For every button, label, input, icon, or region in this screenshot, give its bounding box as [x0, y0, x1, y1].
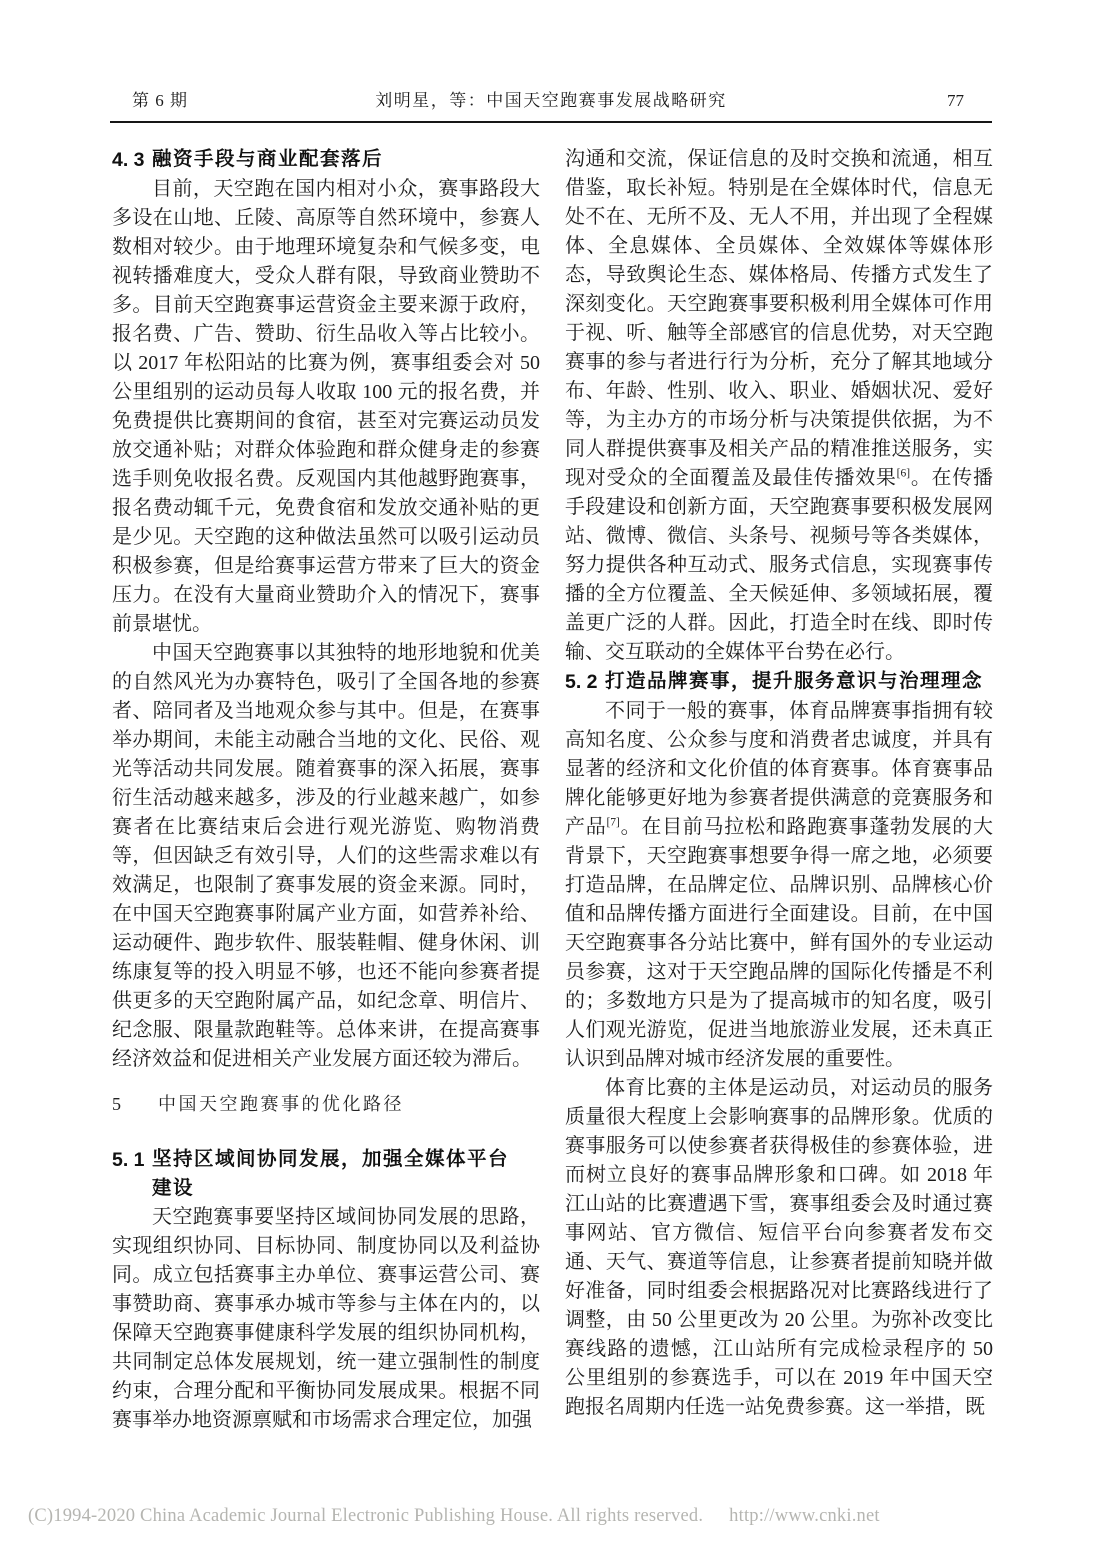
page-header: 第 6 期 刘明星，等：中国天空跑赛事发展战略研究 77 — [110, 90, 992, 112]
left-column: 4. 3融资手段与商业配套落后目前，天空跑在国内相对小众，赛事路段大多设在山地、… — [112, 145, 540, 1435]
subsection-heading: 5. 2打造品牌赛事，提升服务意识与治理理念 — [565, 667, 993, 697]
paragraph: 沟通和交流，保证信息的及时交换和流通，相互借鉴，取长补短。特别是在全媒体时代，信… — [565, 145, 993, 667]
running-title: 刘明星，等：中国天空跑赛事发展战略研究 — [110, 90, 992, 112]
paragraph: 目前，天空跑在国内相对小众，赛事路段大多设在山地、丘陵、高原等自然环境中，参赛人… — [112, 175, 540, 639]
copyright-notice: (C)1994-2020 China Academic Journal Elec… — [28, 1506, 703, 1526]
section-title: 打造品牌赛事，提升服务意识与治理理念 — [605, 667, 993, 697]
section-number: 5 — [112, 1089, 158, 1119]
page-number: 77 — [947, 90, 964, 112]
paragraph: 体育比赛的主体是运动员，对运动员的服务质量很大程度上会影响赛事的品牌形象。优质的… — [565, 1074, 993, 1422]
paragraph: 天空跑赛事要坚持区域间协同发展的思路，实现组织协同、目标协同、制度协同以及利益协… — [112, 1203, 540, 1435]
section-heading: 5中国天空跑赛事的优化路径 — [112, 1089, 540, 1119]
section-title: 坚持区域间协同发展，加强全媒体平台 建设 — [152, 1145, 540, 1203]
header-rule — [110, 121, 992, 123]
section-number: 4. 3 — [112, 145, 152, 175]
paragraph: 不同于一般的赛事，体育品牌赛事指拥有较高知名度、公众参与度和消费者忠诚度，并具有… — [565, 697, 993, 1074]
section-title: 融资手段与商业配套落后 — [152, 145, 540, 175]
article-body: 4. 3融资手段与商业配套落后目前，天空跑在国内相对小众，赛事路段大多设在山地、… — [112, 145, 993, 1435]
citation-ref: [6] — [897, 467, 910, 479]
right-column: 沟通和交流，保证信息的及时交换和流通，相互借鉴，取长补短。特别是在全媒体时代，信… — [565, 145, 993, 1435]
section-title: 中国天空跑赛事的优化路径 — [158, 1089, 540, 1119]
page-footer: (C)1994-2020 China Academic Journal Elec… — [28, 1506, 880, 1526]
paragraph: 中国天空跑赛事以其独特的地形地貌和优美的自然风光为办赛特色，吸引了全国各地的参赛… — [112, 639, 540, 1074]
subsection-heading: 5. 1坚持区域间协同发展，加强全媒体平台 建设 — [112, 1145, 540, 1203]
section-number: 5. 2 — [565, 667, 605, 697]
publisher-url: http://www.cnki.net — [729, 1506, 880, 1526]
issue-label: 第 6 期 — [132, 90, 188, 112]
journal-page: 第 6 期 刘明星，等：中国天空跑赛事发展战略研究 77 4. 3融资手段与商业… — [0, 0, 1102, 1559]
section-number: 5. 1 — [112, 1145, 152, 1203]
citation-ref: [7] — [606, 816, 619, 828]
subsection-heading: 4. 3融资手段与商业配套落后 — [112, 145, 540, 175]
